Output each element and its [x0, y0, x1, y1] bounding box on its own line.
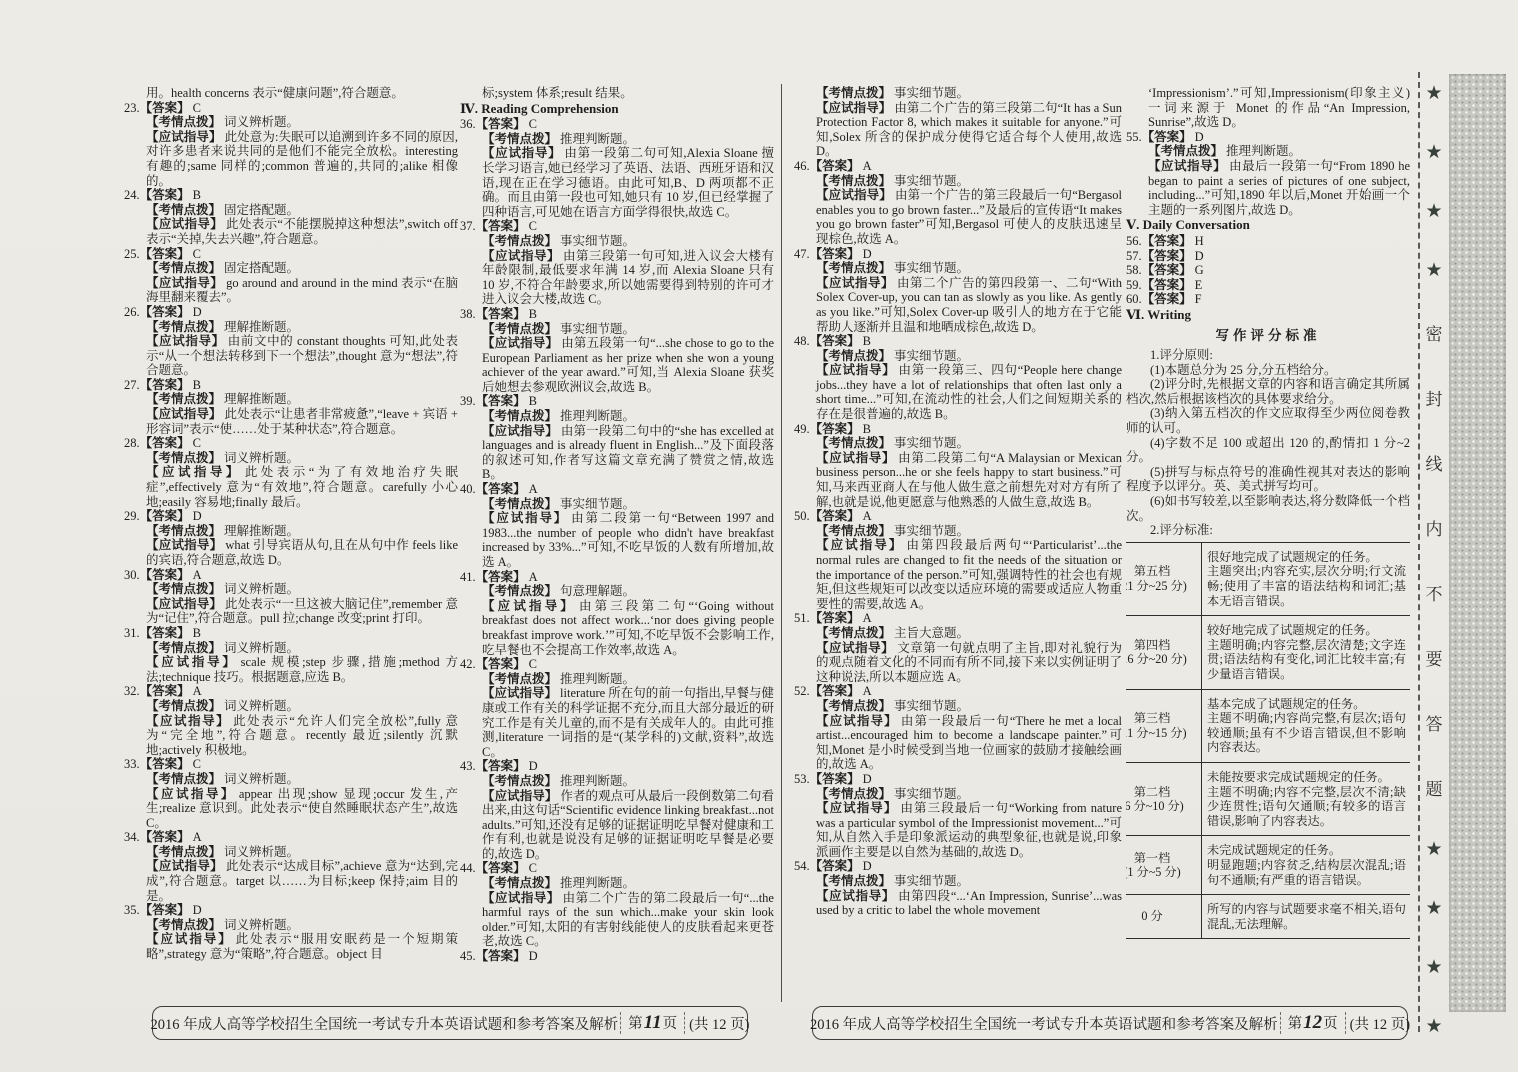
- footer-page-number: 第12页: [1280, 1012, 1346, 1034]
- item-number: 37.: [460, 219, 476, 233]
- block-text: A: [193, 684, 202, 698]
- star-icon: ★: [1425, 899, 1442, 918]
- answer-text-block: 【考情点拨】词义辨析题。: [124, 115, 458, 130]
- answer-text-block: 42.【答案】C: [460, 657, 774, 672]
- bracket-label: 【答案】: [140, 305, 190, 319]
- bracket-label: 【答案】: [476, 861, 526, 875]
- bracket-label: 【答案】: [810, 611, 860, 625]
- block-text: (4)字数不足 100 或超出 120 的,酌情扣 1 分~2 分。: [1126, 436, 1410, 465]
- bracket-label: 【答案】: [140, 378, 190, 392]
- block-text: A: [529, 570, 538, 584]
- bracket-label: 【应试指导】: [816, 188, 892, 202]
- block-text: Ⅵ. Writing: [1126, 307, 1191, 322]
- rubric-grade-cell: 第五档(21 分~25 分): [1126, 542, 1202, 615]
- item-number: 31.: [124, 626, 140, 640]
- answer-text-block: 【考情点拨】固定搭配题。: [124, 203, 458, 218]
- bracket-label: 【考情点拨】: [816, 86, 891, 100]
- bracket-label: 【考情点拨】: [816, 349, 891, 363]
- item-number: 49.: [794, 422, 810, 436]
- answer-text-block: (3)纳入第五档次的作文应取得至少两位阅卷教师的认可。: [1126, 406, 1410, 435]
- star-icon: ★: [1425, 84, 1442, 103]
- item-number: 33.: [124, 757, 140, 771]
- answer-text-block: 【考情点拨】理解推断题。: [124, 320, 458, 335]
- item-number: 56.: [1126, 234, 1142, 248]
- answer-text-block: 【考情点拨】事实细节题。: [460, 497, 774, 512]
- bracket-label: 【考情点拨】: [816, 699, 891, 713]
- rubric-grade-cell: 第一档(1 分~5 分): [1126, 836, 1202, 895]
- bracket-label: 【考情点拨】: [146, 772, 221, 786]
- block-text: (2)评分时,先根据文章的内容和语言确定其所属档次,然后根据该档次的具体要求给分…: [1126, 377, 1410, 406]
- answer-text-block: 【应试指导】由前文中的 constant thoughts 可知,此处表示“从一…: [124, 334, 458, 378]
- answer-text-block: 【应试指导】由第五段第一句“...she chose to go to the …: [460, 336, 774, 394]
- block-text: 推理判断题。: [560, 876, 635, 890]
- section-heading: Ⅴ. Daily Conversation: [1126, 218, 1410, 233]
- bracket-label: 【应试指导】: [146, 217, 223, 231]
- answer-text-block: 【应试指导】此处表示“服用安眠药是一个短期策略”,strategy 意为“策略”…: [124, 932, 458, 961]
- page11-right-column: 标;system 体系;result 结果。Ⅳ. Reading Compreh…: [460, 86, 774, 1002]
- block-text: 主旨大意题。: [894, 626, 969, 640]
- block-text: C: [529, 861, 537, 875]
- bracket-label: 【答案】: [140, 903, 190, 917]
- block-text: (5)拼写与标点符号的准确性视其对表达的影响程度予以评分。英、美式拼写均可。: [1126, 465, 1410, 494]
- answer-text-block: 【应试指导】appear 出现;show 显现;occur 发生,产生;real…: [124, 787, 458, 831]
- answer-text-block: 【应试指导】此处表示“让患者非常疲惫”,“leave + 宾语 + 形容词”表示…: [124, 407, 458, 436]
- bracket-label: 【答案】: [140, 509, 190, 523]
- item-number: 44.: [460, 861, 476, 875]
- block-text: D: [863, 247, 872, 261]
- bracket-label: 【考情点拨】: [146, 320, 221, 334]
- block-text: C: [529, 117, 537, 131]
- seal-text-column: ★★★★密封线内不要答题★★★★: [1420, 84, 1448, 1036]
- answer-text-block: 27.【答案】B: [124, 378, 458, 393]
- answer-text-block: 47.【答案】D: [794, 247, 1122, 262]
- answer-text-block: 【考情点拨】事实细节题。: [794, 874, 1122, 889]
- answer-text-block: 48.【答案】B: [794, 334, 1122, 349]
- bracket-label: 【应试指导】: [482, 789, 557, 803]
- block-text: 事实细节题。: [894, 524, 969, 538]
- answer-text-block: 【考情点拨】推理判断题。: [1126, 144, 1410, 159]
- bracket-label: 【考情点拨】: [482, 497, 557, 511]
- answer-text-block: 45.【答案】D: [460, 949, 774, 964]
- item-number: 42.: [460, 657, 476, 671]
- item-number: 39.: [460, 394, 476, 408]
- answer-text-block: 【考情点拨】事实细节题。: [794, 787, 1122, 802]
- answer-text-block: 29.【答案】D: [124, 509, 458, 524]
- item-number: 27.: [124, 378, 140, 392]
- answer-text-block: 【考情点拨】推理判断题。: [460, 774, 774, 789]
- rubric-description-cell: 很好地完成了试题规定的任务。主题突出;内容充实,层次分明;行文流畅;使用了丰富的…: [1202, 542, 1411, 615]
- block-text: A: [863, 684, 872, 698]
- bracket-label: 【答案】: [1142, 130, 1192, 144]
- answer-text-block: 37.【答案】C: [460, 219, 774, 234]
- seal-character: 要: [1426, 645, 1443, 670]
- answer-text-block: ‘Impressionism’.”可知,Impressionism(印象主义)一…: [1126, 86, 1410, 130]
- bracket-label: 【考情点拨】: [146, 918, 221, 932]
- star-icon: ★: [1425, 840, 1442, 859]
- bracket-label: 【应试指导】: [482, 686, 557, 700]
- answer-text-block: (5)拼写与标点符号的准确性视其对表达的影响程度予以评分。英、美式拼写均可。: [1126, 465, 1410, 494]
- bracket-label: 【考情点拨】: [482, 409, 557, 423]
- answer-text-block: 34.【答案】A: [124, 830, 458, 845]
- block-text: 词义辨析题。: [224, 772, 299, 786]
- item-number: 54.: [794, 859, 810, 873]
- bracket-label: 【考情点拨】: [146, 641, 221, 655]
- answer-text-block: 52.【答案】A: [794, 684, 1122, 699]
- item-number: 52.: [794, 684, 810, 698]
- block-text: B: [863, 334, 871, 348]
- footer-title-text: 2016 年成人高等学校招生全国统一考试专升本英语试题和参考答案及解析: [810, 1013, 1278, 1034]
- block-text: (3)纳入第五档次的作文应取得至少两位阅卷教师的认可。: [1126, 406, 1410, 435]
- rubric-row: 第一档(1 分~5 分)未完成试题规定的任务。明显跑题;内容贫乏,结构层次混乱;…: [1126, 836, 1410, 895]
- star-icon: ★: [1425, 1017, 1442, 1036]
- star-icon: ★: [1425, 261, 1442, 280]
- item-number: 25.: [124, 247, 140, 261]
- block-text: C: [529, 657, 537, 671]
- bracket-label: 【答案】: [140, 101, 190, 115]
- item-number: 46.: [794, 159, 810, 173]
- answer-text-block: 24.【答案】B: [124, 188, 458, 203]
- rubric-grade-cell: 第三档(11 分~15 分): [1126, 689, 1202, 762]
- seal-character: 密: [1426, 320, 1443, 345]
- bracket-label: 【应试指导】: [146, 407, 222, 421]
- bracket-label: 【应试指导】: [146, 538, 222, 552]
- answer-text-block: 【应试指导】由第一段第三、四句“People here change jobs.…: [794, 363, 1122, 421]
- answer-text-block: 【应试指导】由第四段“...‘An Impression, Sunrise’..…: [794, 889, 1122, 918]
- bracket-label: 【答案】: [476, 307, 526, 321]
- answer-text-block: 44.【答案】C: [460, 861, 774, 876]
- bracket-label: 【答案】: [1142, 263, 1192, 277]
- bracket-label: 【考情点拨】: [482, 876, 557, 890]
- answer-text-block: 55.【答案】D: [1126, 130, 1410, 145]
- block-text: 事实细节题。: [894, 699, 969, 713]
- item-number: 36.: [460, 117, 476, 131]
- answer-text-block: 【考情点拨】事实细节题。: [460, 234, 774, 249]
- answer-text-block: 【考情点拨】事实细节题。: [794, 349, 1122, 364]
- block-text: 理解推断题。: [224, 320, 299, 334]
- answer-text-block: 【考情点拨】推理判断题。: [460, 132, 774, 147]
- bracket-label: 【考情点拨】: [146, 115, 221, 129]
- block-text: D: [193, 903, 202, 917]
- block-text: A: [193, 830, 202, 844]
- block-text: 推理判断题。: [560, 409, 635, 423]
- bracket-label: 【考情点拨】: [816, 874, 891, 888]
- answer-text-block: 【应试指导】scale 规模;step 步骤,措施;method 方法;tech…: [124, 655, 458, 684]
- block-text: A: [863, 611, 872, 625]
- bracket-label: 【答案】: [140, 830, 190, 844]
- bracket-label: 【答案】: [476, 759, 526, 773]
- block-text: A: [863, 509, 872, 523]
- block-text: A: [193, 568, 202, 582]
- answer-text-block: 36.【答案】C: [460, 117, 774, 132]
- answer-text-block: 【考情点拨】事实细节题。: [794, 261, 1122, 276]
- block-text: B: [863, 422, 871, 436]
- block-text: C: [529, 219, 537, 233]
- star-icon: ★: [1425, 202, 1442, 221]
- bracket-label: 【应试指导】: [816, 276, 894, 290]
- item-number: 41.: [460, 570, 476, 584]
- bracket-label: 【应试指导】: [816, 538, 903, 552]
- item-number: 35.: [124, 903, 140, 917]
- item-number: 28.: [124, 436, 140, 450]
- star-icon: ★: [1425, 143, 1442, 162]
- rubric-description-cell: 基本完成了试题规定的任务。主题不明确;内容尚完整,有层次;语句较通顺;虽有不少语…: [1202, 689, 1411, 762]
- item-number: 23.: [124, 101, 140, 115]
- section-heading: Ⅵ. Writing: [1126, 308, 1410, 323]
- answer-text-block: 32.【答案】A: [124, 684, 458, 699]
- answer-text-block: 2.评分标准:: [1126, 523, 1410, 538]
- answer-text-block: 【应试指导】由第三段第一句可知,进入议会大楼有年龄限制,最低要求年满 14 岁,…: [460, 249, 774, 307]
- bracket-label: 【答案】: [476, 570, 526, 584]
- bracket-label: 【应试指导】: [482, 146, 561, 160]
- item-number: 47.: [794, 247, 810, 261]
- answer-text-block: 【应试指导】由第二段第二句“A Malaysian or Mexican bus…: [794, 451, 1122, 509]
- bracket-label: 【考情点拨】: [146, 699, 221, 713]
- block-text: 事实细节题。: [560, 234, 635, 248]
- bracket-label: 【应试指导】: [146, 597, 222, 611]
- bracket-label: 【答案】: [1142, 249, 1192, 263]
- bracket-label: 【考情点拨】: [146, 261, 221, 275]
- bracket-label: 【答案】: [810, 509, 860, 523]
- block-text: 写作评分标准: [1216, 328, 1321, 343]
- bracket-label: 【考情点拨】: [146, 582, 221, 596]
- block-text: A: [863, 159, 872, 173]
- bracket-label: 【考情点拨】: [816, 261, 891, 275]
- answer-text-block: 【应试指导】literature 所在句的前一句指出,早餐与健康或工作有关的科学…: [460, 686, 774, 759]
- block-text: 1.评分原则:: [1150, 348, 1213, 362]
- block-text: C: [193, 101, 201, 115]
- block-text: Ⅴ. Daily Conversation: [1126, 217, 1250, 232]
- answer-text-block: 【应试指导】由第三段第二句“‘Going without breakfast d…: [460, 599, 774, 657]
- bracket-label: 【考情点拨】: [146, 451, 221, 465]
- answer-text-block: 49.【答案】B: [794, 422, 1122, 437]
- answer-text-block: 46.【答案】A: [794, 159, 1122, 174]
- block-text: 标;system 体系;result 结果。: [482, 86, 633, 100]
- answer-text-block: 【应试指导】由最后一段第一句“From 1890 he began to pai…: [1126, 159, 1410, 217]
- block-text: 固定搭配题。: [224, 203, 299, 217]
- answer-text-block: 【考情点拨】词义辨析题。: [124, 772, 458, 787]
- bracket-label: 【应试指导】: [816, 889, 895, 903]
- answer-text-block: 【考情点拨】推理判断题。: [460, 409, 774, 424]
- answer-text-block: 【考情点拨】事实细节题。: [460, 322, 774, 337]
- answer-text-block: 【考情点拨】推理判断题。: [460, 672, 774, 687]
- rubric-row: 第四档(16 分~20 分)较好地完成了试题规定的任务。主题明确;内容完整,层次…: [1126, 616, 1410, 689]
- answer-text-block: 【考情点拨】理解推断题。: [124, 392, 458, 407]
- bracket-label: 【应试指导】: [146, 276, 223, 290]
- block-text: 句意理解题。: [560, 584, 635, 598]
- item-number: 30.: [124, 568, 140, 582]
- rubric-row: 第五档(21 分~25 分)很好地完成了试题规定的任务。主题突出;内容充实,层次…: [1126, 542, 1410, 615]
- block-text: D: [1195, 130, 1204, 144]
- answer-text-block: 41.【答案】A: [460, 570, 774, 585]
- answer-text-block: 【考情点拨】理解推断题。: [124, 524, 458, 539]
- block-text: G: [1195, 263, 1204, 277]
- block-text: 事实细节题。: [894, 261, 969, 275]
- rubric-row: 第二档(6 分~10 分)未能按要求完成试题规定的任务。主题不明确;内容不完整,…: [1126, 762, 1410, 835]
- block-text: C: [193, 247, 201, 261]
- answer-text-block: 【应试指导】此处表示“为了有效地治疗失眠症”,effectively 意为“有效…: [124, 465, 458, 509]
- block-text: 用。health concerns 表示“健康问题”,符合题意。: [146, 86, 404, 100]
- block-text: 事实细节题。: [560, 497, 635, 511]
- page11-left-column: 用。health concerns 表示“健康问题”,符合题意。23.【答案】C…: [124, 86, 458, 1002]
- bracket-label: 【考情点拨】: [816, 524, 891, 538]
- bracket-label: 【应试指导】: [146, 130, 222, 144]
- answer-text-block: 【考情点拨】句意理解题。: [460, 584, 774, 599]
- bracket-label: 【答案】: [810, 334, 860, 348]
- answer-text-block: 【应试指导】由第四段最后两句“‘Particularist’...the nor…: [794, 538, 1122, 611]
- bracket-label: 【答案】: [810, 772, 860, 786]
- answer-text-block: 【考情点拨】推理判断题。: [460, 876, 774, 891]
- bracket-label: 【应试指导】: [146, 787, 236, 801]
- answer-text-block: 35.【答案】D: [124, 903, 458, 918]
- answer-text-block: 57.【答案】D: [1126, 249, 1410, 264]
- bracket-label: 【答案】: [1142, 292, 1192, 306]
- item-number: 40.: [460, 482, 476, 496]
- footer-total-pages: (共 12 页): [689, 1013, 749, 1034]
- bracket-label: 【考情点拨】: [816, 436, 891, 450]
- block-text: 事实细节题。: [894, 436, 969, 450]
- rubric-grade-cell: 第四档(16 分~20 分): [1126, 616, 1202, 689]
- bracket-label: 【应试指导】: [146, 465, 242, 479]
- answer-text-block: 54.【答案】D: [794, 859, 1122, 874]
- answer-text-block: 【应试指导】由第一段第二句可知,Alexia Sloane 擅长学习语言,她已经…: [460, 146, 774, 219]
- block-text: (1)本题总分为 25 分,分五档给分。: [1150, 363, 1336, 377]
- block-text: 推理判断题。: [560, 672, 635, 686]
- block-text: D: [529, 759, 538, 773]
- answer-text-block: 【考情点拨】词义辨析题。: [124, 451, 458, 466]
- block-text: H: [1195, 234, 1204, 248]
- seal-character: 内: [1426, 515, 1443, 540]
- block-text: 词义辨析题。: [224, 845, 299, 859]
- answer-text-block: 31.【答案】B: [124, 626, 458, 641]
- seal-character: 不: [1426, 580, 1443, 605]
- block-text: 事实细节题。: [560, 322, 635, 336]
- binding-texture-band: [1449, 74, 1506, 1012]
- answer-text-block: 1.评分原则:: [1126, 348, 1410, 363]
- page-divider-line: [781, 84, 782, 1002]
- bracket-label: 【考情点拨】: [146, 524, 221, 538]
- bracket-label: 【考情点拨】: [146, 392, 221, 406]
- block-text: B: [193, 188, 201, 202]
- block-text: 理解推断题。: [224, 524, 299, 538]
- answer-text-block: 【考情点拨】事实细节题。: [794, 86, 1122, 101]
- block-text: E: [1195, 278, 1203, 292]
- bracket-label: 【应试指导】: [482, 424, 558, 438]
- bracket-label: 【考情点拨】: [482, 132, 557, 146]
- seal-character: 封: [1426, 385, 1443, 410]
- answer-text-block: 59.【答案】E: [1126, 278, 1410, 293]
- block-text: D: [1195, 249, 1204, 263]
- block-text: B: [193, 626, 201, 640]
- item-number: 29.: [124, 509, 140, 523]
- block-text: F: [1195, 292, 1202, 306]
- block-text: B: [529, 307, 537, 321]
- bracket-label: 【答案】: [810, 859, 860, 873]
- item-number: 55.: [1126, 130, 1142, 144]
- page12-left-column: 【考情点拨】事实细节题。【应试指导】由第二个广告的第三段第二句“It has a…: [794, 86, 1122, 1002]
- bracket-label: 【应试指导】: [482, 336, 558, 350]
- answer-text-block: 标;system 体系;result 结果。: [460, 86, 774, 101]
- item-number: 51.: [794, 611, 810, 625]
- seal-character: 题: [1426, 775, 1443, 800]
- rubric-description-cell: 所写的内容与试题要求毫不相关,语句混乱,无法理解。: [1202, 895, 1411, 939]
- block-text: 词义辨析题。: [224, 641, 299, 655]
- block-text: 推理判断题。: [560, 774, 635, 788]
- block-text: (6)如书写较差,以至影响表达,将分数降低一个档次。: [1126, 494, 1410, 523]
- block-text: Ⅳ. Reading Comprehension: [460, 101, 619, 116]
- bracket-label: 【考情点拨】: [1148, 144, 1223, 158]
- bracket-label: 【应试指导】: [816, 641, 894, 655]
- answer-text-block: 【应试指导】由第二个广告的第二段最后一句“...the harmful rays…: [460, 891, 774, 949]
- footer-title-text: 2016 年成人高等学校招生全国统一考试专升本英语试题和参考答案及解析: [151, 1013, 619, 1034]
- bracket-label: 【应试指导】: [146, 932, 233, 946]
- block-text: B: [193, 378, 201, 392]
- block-text: B: [529, 394, 537, 408]
- bracket-label: 【考情点拨】: [816, 787, 891, 801]
- block-text: A: [529, 482, 538, 496]
- answer-text-block: 【应试指导】此处表示“允许人们完全放松”,fully 意为“完全地”,符合题意。…: [124, 714, 458, 758]
- answer-text-block: 【考情点拨】事实细节题。: [794, 436, 1122, 451]
- bracket-label: 【考情点拨】: [482, 672, 557, 686]
- answer-text-block: 28.【答案】C: [124, 436, 458, 451]
- bracket-label: 【答案】: [476, 394, 526, 408]
- answer-text-block: 【考情点拨】事实细节题。: [794, 699, 1122, 714]
- item-number: 34.: [124, 830, 140, 844]
- answer-text-block: 56.【答案】H: [1126, 234, 1410, 249]
- block-text: D: [193, 305, 202, 319]
- bracket-label: 【考情点拨】: [146, 845, 221, 859]
- rubric-grade-cell: 0 分: [1126, 895, 1202, 939]
- answer-text-block: 53.【答案】D: [794, 772, 1122, 787]
- answer-text-block: 43.【答案】D: [460, 759, 774, 774]
- answer-text-block: 【应试指导】由第二个广告的第四段第一、二句“With Solex Cover-u…: [794, 276, 1122, 334]
- block-text: D: [863, 772, 872, 786]
- answer-text-block: 【应试指导】此处意为:失眠可以追溯到许多不同的原因,对许多患者来说共同的是他们不…: [124, 130, 458, 188]
- bracket-label: 【答案】: [476, 949, 526, 963]
- bracket-label: 【答案】: [810, 159, 860, 173]
- block-text: D: [193, 509, 202, 523]
- answer-text-block: 50.【答案】A: [794, 509, 1122, 524]
- item-number: 58.: [1126, 263, 1142, 277]
- bracket-label: 【答案】: [140, 684, 190, 698]
- answer-text-block: 30.【答案】A: [124, 568, 458, 583]
- item-number: 45.: [460, 949, 476, 963]
- answer-text-block: 60.【答案】F: [1126, 292, 1410, 307]
- block-text: D: [863, 859, 872, 873]
- item-number: 26.: [124, 305, 140, 319]
- seal-character: 答: [1426, 710, 1443, 735]
- bracket-label: 【答案】: [1142, 234, 1192, 248]
- block-text: 词义辨析题。: [224, 918, 299, 932]
- bracket-label: 【答案】: [476, 657, 526, 671]
- bracket-label: 【应试指导】: [146, 334, 225, 348]
- answer-text-block: 【考情点拨】词义辨析题。: [124, 582, 458, 597]
- answer-text-block: 【应试指导】文章第一句就点明了主旨,即对礼貌行为的观点随着文化的不同而有所不同,…: [794, 641, 1122, 685]
- answer-text-block: (4)字数不足 100 或超出 120 的,酌情扣 1 分~2 分。: [1126, 436, 1410, 465]
- bracket-label: 【答案】: [810, 247, 860, 261]
- answer-text-block: 38.【答案】B: [460, 307, 774, 322]
- bracket-label: 【应试指导】: [482, 891, 560, 905]
- item-number: 32.: [124, 684, 140, 698]
- answer-text-block: 【应试指导】由第一段最后一句“There he met a local arti…: [794, 714, 1122, 772]
- answer-text-block: 【考情点拨】固定搭配题。: [124, 261, 458, 276]
- rubric-description-cell: 未能按要求完成试题规定的任务。主题不明确;内容不完整,层次不清;缺少连贯性;语句…: [1202, 762, 1411, 835]
- bracket-label: 【答案】: [1142, 278, 1192, 292]
- bracket-label: 【应试指导】: [482, 249, 560, 263]
- seal-character: 线: [1426, 450, 1443, 475]
- footer-total-pages: (共 12 页): [1350, 1013, 1410, 1034]
- item-number: 60.: [1126, 292, 1142, 306]
- block-text: 推理判断题。: [1226, 144, 1301, 158]
